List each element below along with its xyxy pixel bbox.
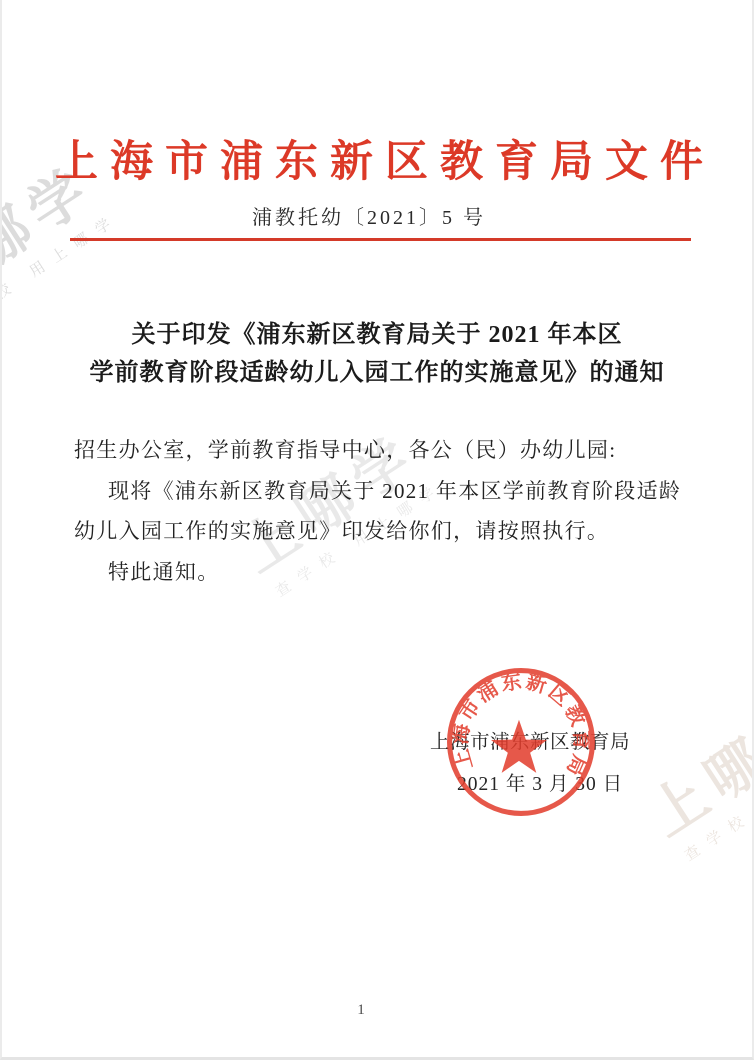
watermark-big-text: 上哪学	[641, 687, 754, 845]
body-line: 现将《浦东新区教育局关于 2021 年本区学前教育阶段适龄	[74, 471, 694, 512]
watermark-small-text: 查学校 用上哪学	[680, 740, 754, 865]
document-page: 上哪学 查学校 用上哪学 上哪学 查学校 用上哪学 上哪学 查学校 用上哪学 上…	[0, 0, 754, 1060]
header-divider-line	[70, 238, 691, 241]
signature-date: 2021 年 3 月 30 日	[457, 768, 623, 796]
notice-title-line-1: 关于印发《浦东新区教育局关于 2021 年本区	[2, 316, 752, 354]
watermark: 上哪学 查学校 用上哪学	[641, 687, 754, 868]
notice-title-line-2: 学前教育阶段适龄幼儿入园工作的实施意见》的通知	[2, 354, 752, 392]
body-text: 招生办公室，学前教育指导中心，各公（民）办幼儿园: 现将《浦东新区教育局关于 2…	[74, 430, 694, 592]
body-line-salutation: 招生办公室，学前教育指导中心，各公（民）办幼儿园:	[74, 430, 694, 471]
body-line: 幼儿入园工作的实施意见》印发给你们，请按照执行。	[74, 511, 694, 552]
seal-ring-text: 上海市浦东新区教育局	[447, 668, 593, 781]
svg-text:上海市浦东新区教育局: 上海市浦东新区教育局	[447, 668, 593, 781]
document-header-title: 上海市浦东新区教育局文件	[10, 128, 754, 189]
notice-title: 关于印发《浦东新区教育局关于 2021 年本区 学前教育阶段适龄幼儿入园工作的实…	[2, 316, 752, 392]
signature-issuer: 上海市浦东新区教育局	[430, 726, 630, 754]
body-line-closing: 特此通知。	[74, 552, 694, 593]
page-number: 1	[0, 1002, 736, 1019]
document-number: 浦教托幼〔2021〕5 号	[0, 201, 744, 230]
